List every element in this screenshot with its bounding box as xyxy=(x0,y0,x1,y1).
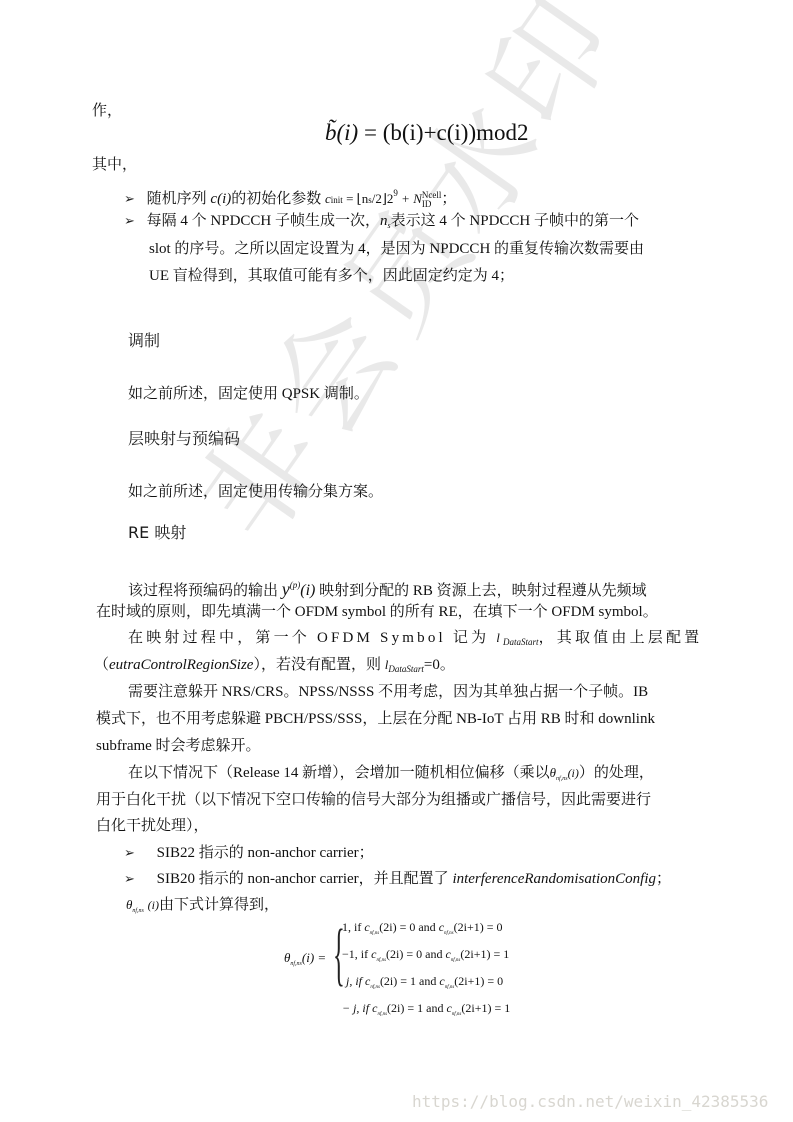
var-c-i: c(i) xyxy=(210,191,231,207)
theta-formula-cases: 1, if cnf,ns(2i) = 0 and cnf,ns(2i+1) = … xyxy=(342,917,510,1025)
formula-eq: = xyxy=(364,120,377,145)
case-row: 1, if cnf,ns(2i) = 0 and cnf,ns(2i+1) = … xyxy=(342,917,510,944)
re-p2-line1: 在映射过程中，第一个 OFDM Symbol 记为 lDataStart，其取值… xyxy=(128,628,702,652)
re-p3-line2: 模式下，也不用考虑躲避 PBCH/PSS/SSS，上层在分配 NB-IoT 占用… xyxy=(96,709,655,729)
re-p4-line3: 白化干扰处理）， xyxy=(96,816,209,836)
formula-lhs: b̃(i) xyxy=(325,120,358,145)
theta-intro: θnf,ns (i)由下式计算得到， xyxy=(126,895,279,921)
re-p2-line2: （eutraControlRegionSize），若没有配置，则 lDataSt… xyxy=(94,655,455,679)
re-p1-line2: 在时域的原则，即先填满一个 OFDM symbol 的所有 RE，在填下一个 O… xyxy=(96,602,658,622)
where-label: 其中， xyxy=(92,155,137,175)
case-row: j, if cnf,ns(2i) = 1 and cnf,ns(2i+1) = … xyxy=(342,971,510,998)
case-row: − j, if cnf,ns(2i) = 1 and cnf,ns(2i+1) … xyxy=(342,998,510,1025)
re-p3-line3: subframe 时会考虑躲开。 xyxy=(96,736,261,756)
bullet-npdcch-line3: UE 盲检得到，其取值可能有多个，因此固定约定为 4； xyxy=(149,266,514,286)
bullet-sib22: ➢ SIB22 指示的 non-anchor carrier； xyxy=(124,843,374,863)
bullet-arrow-icon: ➢ xyxy=(124,213,135,228)
re-p3-line1: 需要注意躲开 NRS/CRS。NPSS/NSSS 不用考虑，因为其单独占据一个子… xyxy=(128,682,648,702)
intro-text: 作， xyxy=(92,101,122,121)
cinit-formula: cinit = ⌊ns/2⌋29 + NNcellID xyxy=(325,191,441,206)
heading-re-mapping: RE 映射 xyxy=(128,520,186,543)
heading-modulation: 调制 xyxy=(128,328,160,351)
bullet-arrow-icon: ➢ xyxy=(124,191,135,206)
modulation-body: 如之前所述，固定使用 QPSK 调制。 xyxy=(128,384,369,404)
bullet-npdcch-interval: ➢ 每隔 4 个 NPDCCH 子帧生成一次，ns表示这 4 个 NPDCCH … xyxy=(124,211,639,236)
bullet-npdcch-line2: slot 的序号。之所以固定设置为 4，是因为 NPDCCH 的重复传输次数需要… xyxy=(149,239,644,259)
theta-formula-lhs: θnf,ns(i) = xyxy=(284,950,326,967)
bullet-init-param: ➢ 随机序列 c(i)的初始化参数 cinit = ⌊ns/2⌋29 + NNc… xyxy=(124,183,456,210)
bullet-arrow-icon: ➢ xyxy=(124,871,135,886)
url-watermark: https://blog.csdn.net/weixin_42385536 xyxy=(412,1092,768,1111)
bullet-sib20: ➢ SIB20 指示的 non-anchor carrier，并且配置了 int… xyxy=(124,869,671,889)
re-p1-line1: 该过程将预编码的输出 y(p)(i) 映射到分配的 RB 资源上去，映射过程遵从… xyxy=(128,575,647,601)
case-row: −1, if cnf,ns(2i) = 0 and cnf,ns(2i+1) =… xyxy=(342,944,510,971)
bullet-arrow-icon: ➢ xyxy=(124,845,135,860)
layer-mapping-body: 如之前所述，固定使用传输分集方案。 xyxy=(128,482,383,502)
heading-layer-mapping: 层映射与预编码 xyxy=(128,426,240,449)
formula-b-tilde: b̃(i) = (b(i)+c(i))mod2 xyxy=(325,120,529,146)
re-p4-line2: 用于白化干扰（以下情况下空口传输的信号大部分为组播或广播信号，因此需要进行 xyxy=(96,790,651,810)
formula-rhs: (b(i)+c(i))mod2 xyxy=(383,120,529,145)
document-page: 非会员水印 作， b̃(i) = (b(i)+c(i))mod2 其中， ➢ 随… xyxy=(0,0,793,1122)
re-p4-line1: 在以下情况下（Release 14 新增），会增加一随机相位偏移（乘以θnf,n… xyxy=(128,763,654,789)
